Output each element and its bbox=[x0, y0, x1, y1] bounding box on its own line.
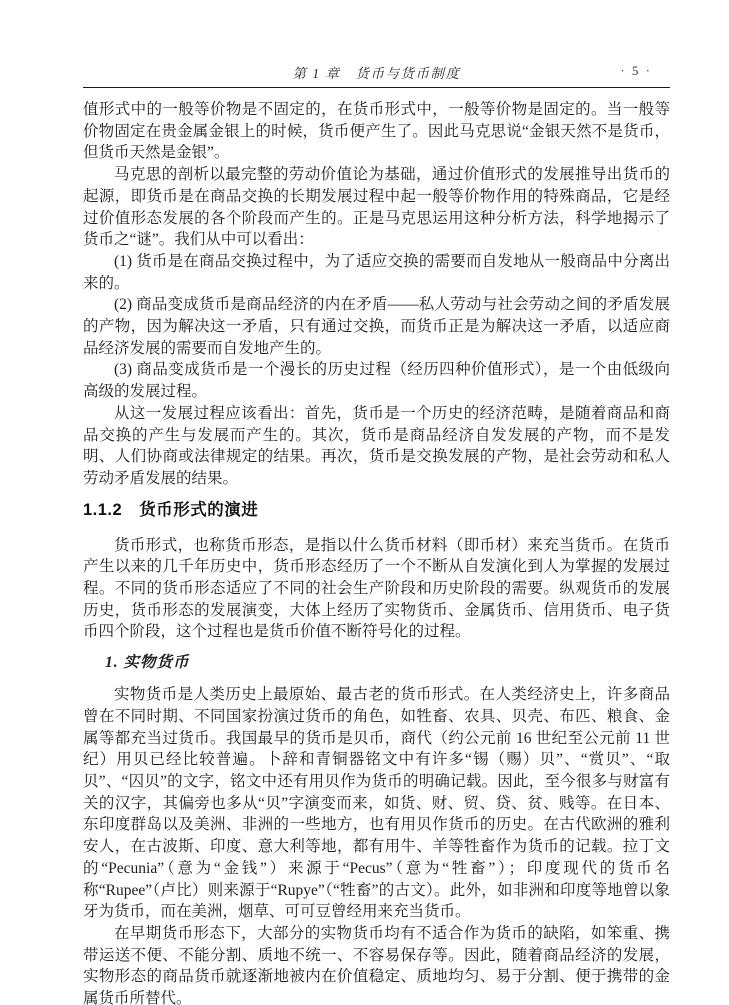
list-item-1: (1) 货币是在商品交换过程中，为了适应交换的需要而自发地从一般商品中分离出来的… bbox=[83, 251, 670, 294]
section-heading-1-1-2: 1.1.2 货币形式的演进 bbox=[83, 500, 670, 521]
paragraph-marx-analysis: 马克思的剖析以最完整的劳动价值论为基础，通过价值形式的发展推导出货币的起源，即货… bbox=[83, 164, 670, 251]
paragraph-money-forms: 货币形式，也称货币形态，是指以什么货币材料（即币材）来充当货币。在货币产生以来的… bbox=[83, 535, 670, 644]
paragraph-continuation: 值形式中的一般等价物是不固定的，在货币形式中，一般等价物是固定的。当一般等价物固… bbox=[83, 99, 670, 164]
page-number: · 5 · bbox=[620, 63, 652, 79]
running-header: 第 1 章 货币与货币制度 · 5 · bbox=[83, 62, 670, 82]
running-head-chapter-title: 第 1 章 货币与货币制度 bbox=[83, 62, 670, 82]
list-item-3: (3) 商品变成货币是一个漫长的历史过程（经历四种价值形式），是一个由低级向高级… bbox=[83, 359, 670, 402]
page-content: 值形式中的一般等价物是不固定的，在货币形式中，一般等价物是固定的。当一般等价物固… bbox=[83, 99, 670, 1005]
paragraph-commodity-money-history: 实物货币是人类历史上最原始、最古老的货币形式。在人类经济史上，许多商品曾在不同时… bbox=[83, 684, 670, 923]
paragraph-commodity-money-defects: 在早期货币形态下，大部分的实物货币均有不适合作为货币的缺陷，如笨重、携带运送不便… bbox=[83, 923, 670, 1005]
header-rule-divider bbox=[83, 87, 670, 88]
paragraph-conclusion: 从这一发展过程应该看出：首先，货币是一个历史的经济范畴，是随着商品和商品交换的产… bbox=[83, 403, 670, 490]
list-item-2: (2) 商品变成货币是商品经济的内在矛盾——私人劳动与社会劳动之间的矛盾发展的产… bbox=[83, 294, 670, 359]
book-page: 第 1 章 货币与货币制度 · 5 · 值形式中的一般等价物是不固定的，在货币形… bbox=[0, 0, 729, 1005]
subsection-heading-commodity-money: 1. 实物货币 bbox=[83, 652, 670, 673]
